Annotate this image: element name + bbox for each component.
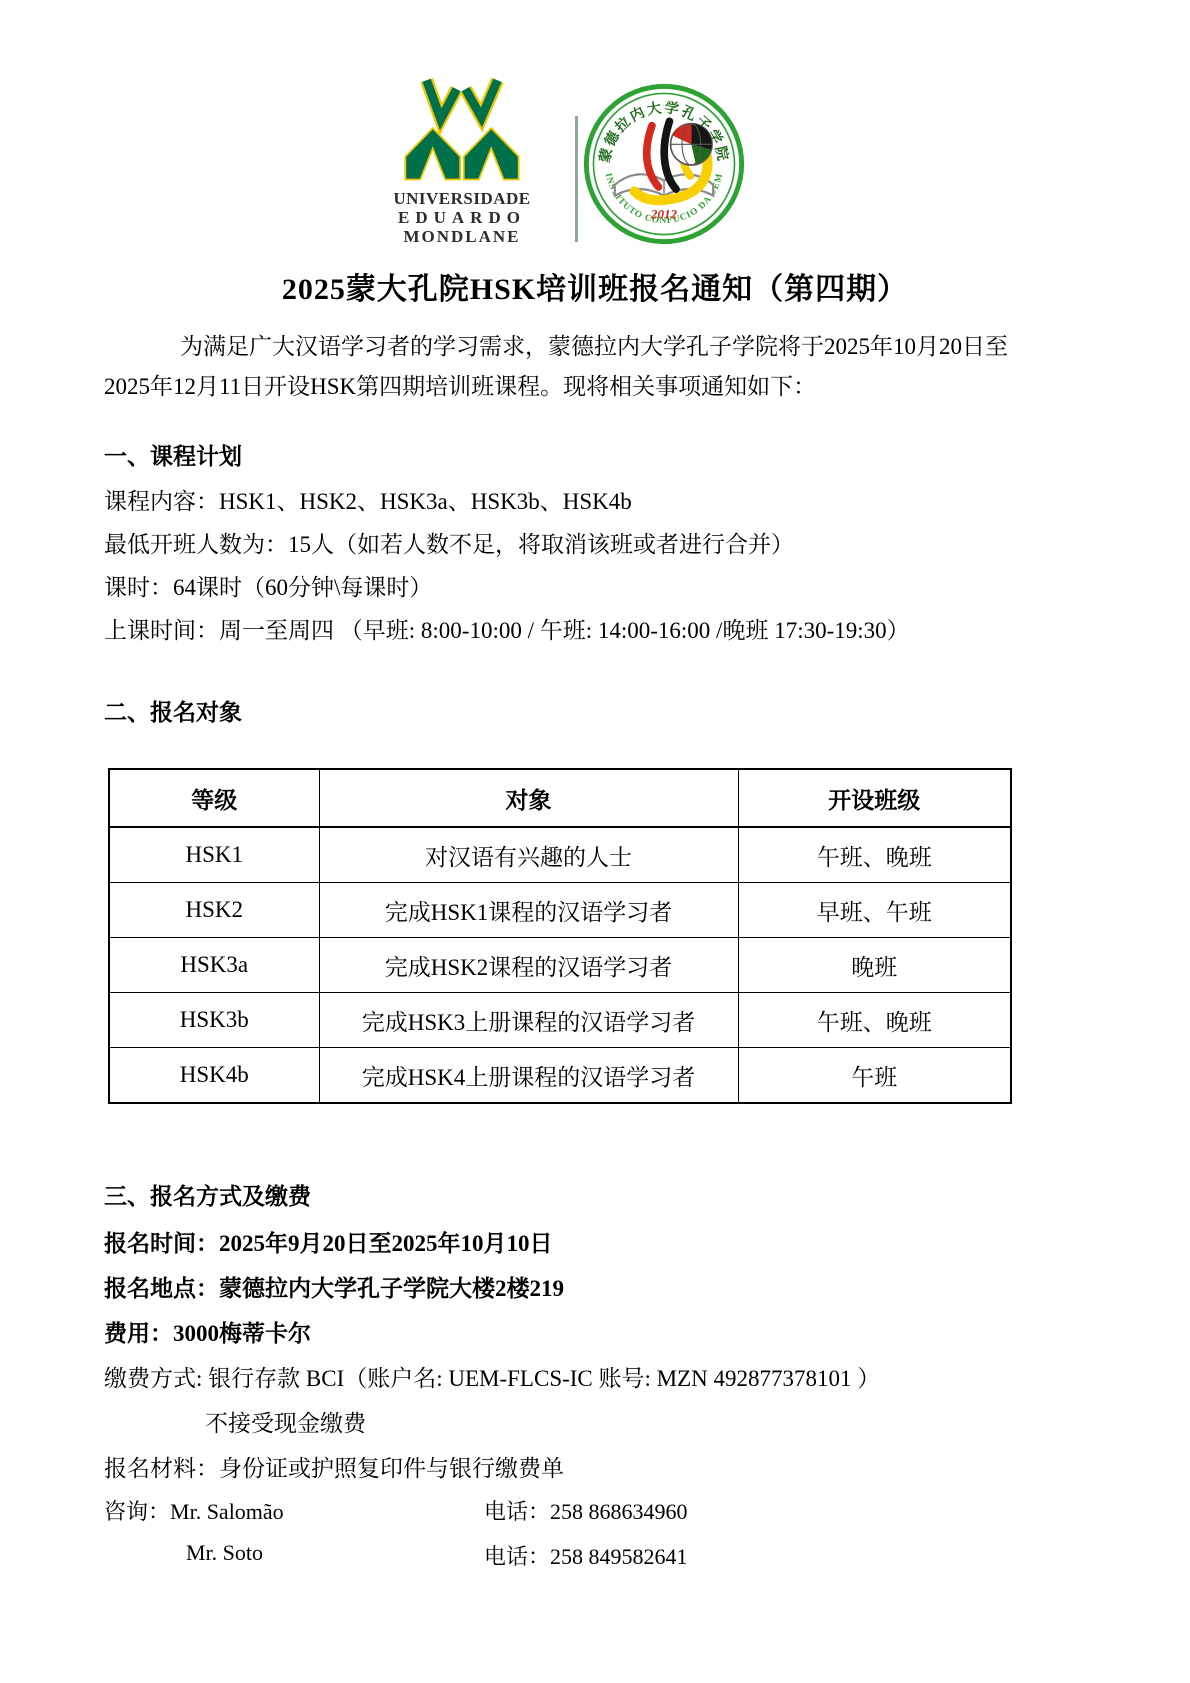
cell-classes: 早班、午班 — [738, 883, 1011, 938]
page-title: 2025蒙大孔院HSK培训班报名通知（第四期） — [0, 264, 1190, 308]
cell-audience: 完成HSK1课程的汉语学习者 — [319, 883, 738, 938]
cell-audience: 对汉语有兴趣的人士 — [319, 827, 738, 883]
contact-name: Mr. Soto — [186, 1540, 263, 1565]
course-min-students-line: 最低开班人数为：15人（如若人数不足，将取消该班或者进行合并） — [104, 526, 794, 559]
notice-document-page: UNIVERSIDADE EDUARDO MONDLANE 蒙德拉内大学孔子学院… — [0, 0, 1190, 1683]
cell-level: HSK3a — [109, 938, 319, 993]
cell-classes: 晚班 — [738, 938, 1011, 993]
contact-prefix: 咨询： — [104, 1499, 170, 1524]
section-registration-heading: 二、报名对象 — [104, 694, 242, 727]
table-header-row: 等级 对象 开设班级 — [109, 769, 1011, 827]
cell-level: HSK1 — [109, 827, 319, 883]
uem-wordmark-line3: MONDLANE — [392, 227, 532, 246]
cell-classes: 午班 — [738, 1048, 1011, 1104]
phone-number: 258 868634960 — [550, 1499, 688, 1524]
materials-line: 报名材料：身份证或护照复印件与银行缴费单 — [104, 1450, 564, 1483]
course-hours-line: 课时：64课时（60分钟\每课时） — [104, 569, 432, 602]
uem-wordmark-line2: EDUARDO — [392, 208, 532, 227]
table-row: HSK3b 完成HSK3上册课程的汉语学习者 午班、晚班 — [109, 993, 1011, 1048]
header-audience: 对象 — [319, 769, 738, 827]
cell-level: HSK4b — [109, 1048, 319, 1104]
cell-audience: 完成HSK3上册课程的汉语学习者 — [319, 993, 738, 1048]
confucius-institute-logo-icon: 蒙德拉内大学孔子学院 INSTITUTO CONFUCIO DA UEM 201… — [582, 82, 746, 246]
course-content-line: 课程内容：HSK1、HSK2、HSK3a、HSK3b、HSK4b — [104, 483, 632, 516]
phone-label: 电话： — [484, 1499, 550, 1524]
header-classes: 开设班级 — [738, 769, 1011, 827]
table-row: HSK1 对汉语有兴趣的人士 午班、晚班 — [109, 827, 1011, 883]
payment-method-line: 缴费方式: 银行存款 BCI（账户名: UEM-FLCS-IC 账号: MZN … — [104, 1360, 880, 1393]
cell-audience: 完成HSK4上册课程的汉语学习者 — [319, 1048, 738, 1104]
logo-divider — [575, 116, 578, 242]
cell-classes: 午班、晚班 — [738, 993, 1011, 1048]
phone-label: 电话： — [484, 1544, 550, 1569]
ci-year-text: 2012 — [650, 207, 678, 222]
cell-audience: 完成HSK2课程的汉语学习者 — [319, 938, 738, 993]
table-row: HSK3a 完成HSK2课程的汉语学习者 晚班 — [109, 938, 1011, 993]
intro-paragraph-line2: 2025年12月11日开设HSK第四期培训班课程。现将相关事项通知如下： — [104, 368, 816, 401]
cell-level: HSK3b — [109, 993, 319, 1048]
contact-row: 咨询：Mr. Salomão 电话：258 868634960 — [104, 1495, 284, 1526]
uem-wordmark: UNIVERSIDADE EDUARDO MONDLANE — [392, 189, 532, 246]
cell-classes: 午班、晚班 — [738, 827, 1011, 883]
registration-place-line: 报名地点：蒙德拉内大学孔子学院大楼2楼219 — [104, 1270, 564, 1303]
contact-name: Mr. Salomão — [170, 1499, 284, 1524]
uem-logo: UNIVERSIDADE EDUARDO MONDLANE — [392, 74, 532, 246]
header-level: 等级 — [109, 769, 319, 827]
intro-paragraph-line1: 为满足广大汉语学习者的学习需求，蒙德拉内大学孔子学院将于2025年10月20日至 — [180, 328, 1008, 361]
phone-number: 258 849582641 — [550, 1544, 688, 1569]
registration-table: 等级 对象 开设班级 HSK1 对汉语有兴趣的人士 午班、晚班 HSK2 完成H… — [108, 768, 1012, 1104]
cell-level: HSK2 — [109, 883, 319, 938]
section-course-heading: 一、课程计划 — [104, 438, 242, 471]
uem-emblem-icon — [400, 74, 524, 184]
table-row: HSK2 完成HSK1课程的汉语学习者 早班、午班 — [109, 883, 1011, 938]
course-schedule-line: 上课时间：周一至周四 （早班: 8:00-10:00 / 午班: 14:00-1… — [104, 612, 910, 645]
registration-time-line: 报名时间：2025年9月20日至2025年10月10日 — [104, 1225, 553, 1258]
section-payment-heading: 三、报名方式及缴费 — [104, 1178, 311, 1211]
table-row: HSK4b 完成HSK4上册课程的汉语学习者 午班 — [109, 1048, 1011, 1104]
fee-line: 费用：3000梅蒂卡尔 — [104, 1315, 311, 1348]
no-cash-line: 不接受现金缴费 — [205, 1405, 366, 1438]
contact-row: Mr. Soto 电话：258 849582641 — [104, 1540, 263, 1566]
uem-wordmark-line1: UNIVERSIDADE — [392, 189, 532, 208]
